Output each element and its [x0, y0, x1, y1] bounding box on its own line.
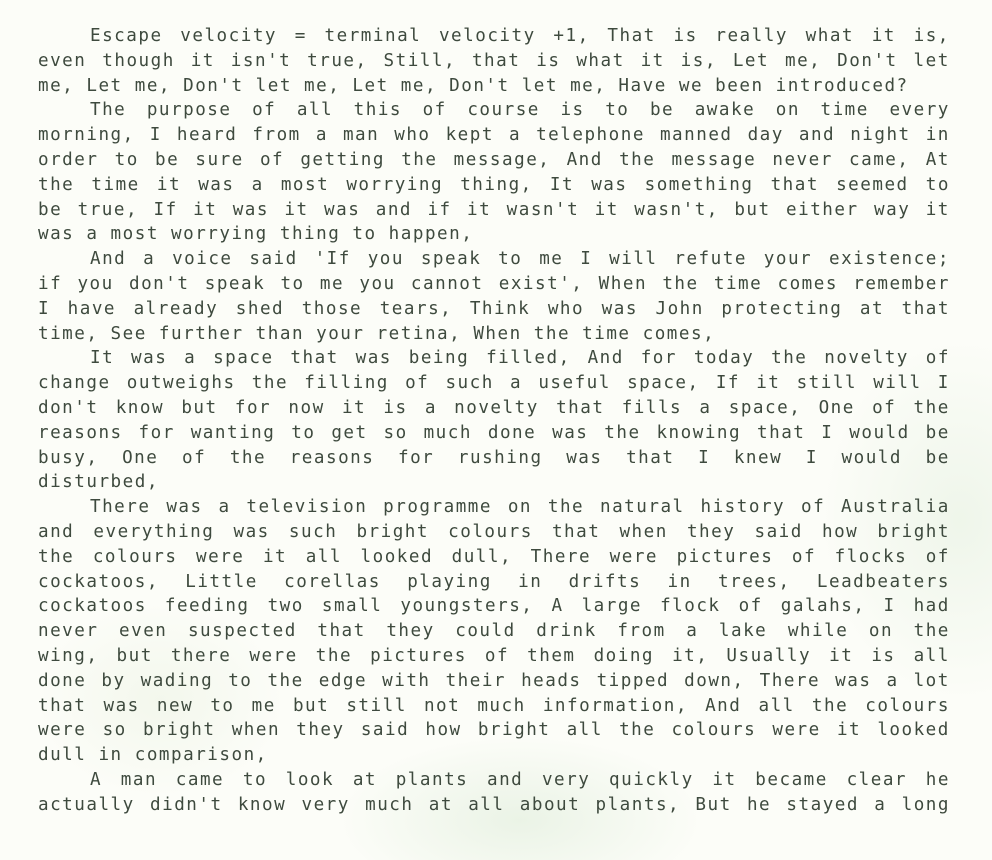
- text-line: disturbed,: [38, 470, 950, 495]
- text-line: donebywadingtotheedgewiththeirheadstippe…: [38, 669, 950, 694]
- text-line: changeoutweighsthefillingofsuchausefulsp…: [38, 371, 950, 396]
- text-line: was a most worrying thing to happen,: [38, 222, 950, 247]
- text-line: weresobrightwhentheysaidhowbrightallthec…: [38, 718, 950, 743]
- paragraph: Escapevelocity=terminalvelocity+1,Thatis…: [38, 24, 950, 98]
- paragraph: Thepurposeofallthisofcourseistobeawakeon…: [38, 98, 950, 247]
- text-line: dull in comparison,: [38, 743, 950, 768]
- text-line: thetimeitwasamostworryingthing,Itwassome…: [38, 173, 950, 198]
- text-line: Ihavealreadyshedthosetears,ThinkwhowasJo…: [38, 297, 950, 322]
- text-line: morning,Iheardfromamanwhokeptatelephonem…: [38, 123, 950, 148]
- text-line: reasonsforwantingtogetsomuchdonewasthekn…: [38, 421, 950, 446]
- text-line: Andavoicesaid'IfyouspeaktomeIwillrefutey…: [38, 247, 950, 272]
- text-line: don'tknowbutfornowitisanoveltythatfillsa…: [38, 396, 950, 421]
- text-line: me, Let me, Don't let me, Let me, Don't …: [38, 74, 950, 99]
- text-line: cockatoos,Littlecorellasplayingindriftsi…: [38, 570, 950, 595]
- text-line: wing,buttherewerethepicturesofthemdoingi…: [38, 644, 950, 669]
- text-line: betrue,Ifitwasitwasandifitwasn'titwasn't…: [38, 198, 950, 223]
- paragraph: Andavoicesaid'IfyouspeaktomeIwillrefutey…: [38, 247, 950, 346]
- document-body: Escapevelocity=terminalvelocity+1,Thatis…: [38, 24, 950, 818]
- text-line: thecolourswereitalllookeddull,Therewerep…: [38, 545, 950, 570]
- text-line: Itwasaspacethatwasbeingfilled,Andfortoda…: [38, 346, 950, 371]
- paragraph: Amancametolookatplantsandveryquicklyitbe…: [38, 768, 950, 818]
- text-line: Thepurposeofallthisofcourseistobeawakeon…: [38, 98, 950, 123]
- text-line: busy,OneofthereasonsforrushingwasthatIkn…: [38, 446, 950, 471]
- text-line: Escapevelocity=terminalvelocity+1,Thatis…: [38, 24, 950, 49]
- text-line: Therewasatelevisionprogrammeonthenatural…: [38, 495, 950, 520]
- text-line: eventhoughitisn'ttrue,Still,thatiswhatit…: [38, 49, 950, 74]
- text-line: actuallydidn'tknowverymuchatallaboutplan…: [38, 793, 950, 818]
- text-line: ordertobesureofgettingthemessage,Andthem…: [38, 148, 950, 173]
- text-line: Amancametolookatplantsandveryquicklyitbe…: [38, 768, 950, 793]
- text-line: andeverythingwassuchbrightcoloursthatwhe…: [38, 520, 950, 545]
- text-line: thatwasnewtomebutstillnotmuchinformation…: [38, 694, 950, 719]
- scanned-page: Escapevelocity=terminalvelocity+1,Thatis…: [0, 0, 992, 860]
- paragraph: Itwasaspacethatwasbeingfilled,Andfortoda…: [38, 346, 950, 495]
- text-line: time, See further than your retina, When…: [38, 322, 950, 347]
- paragraph: Therewasatelevisionprogrammeonthenatural…: [38, 495, 950, 768]
- text-line: cockatoosfeedingtwosmallyoungsters,Alarg…: [38, 594, 950, 619]
- text-line: neverevensuspectedthattheycoulddrinkfrom…: [38, 619, 950, 644]
- text-line: ifyoudon'tspeaktomeyoucannotexist',Whent…: [38, 272, 950, 297]
